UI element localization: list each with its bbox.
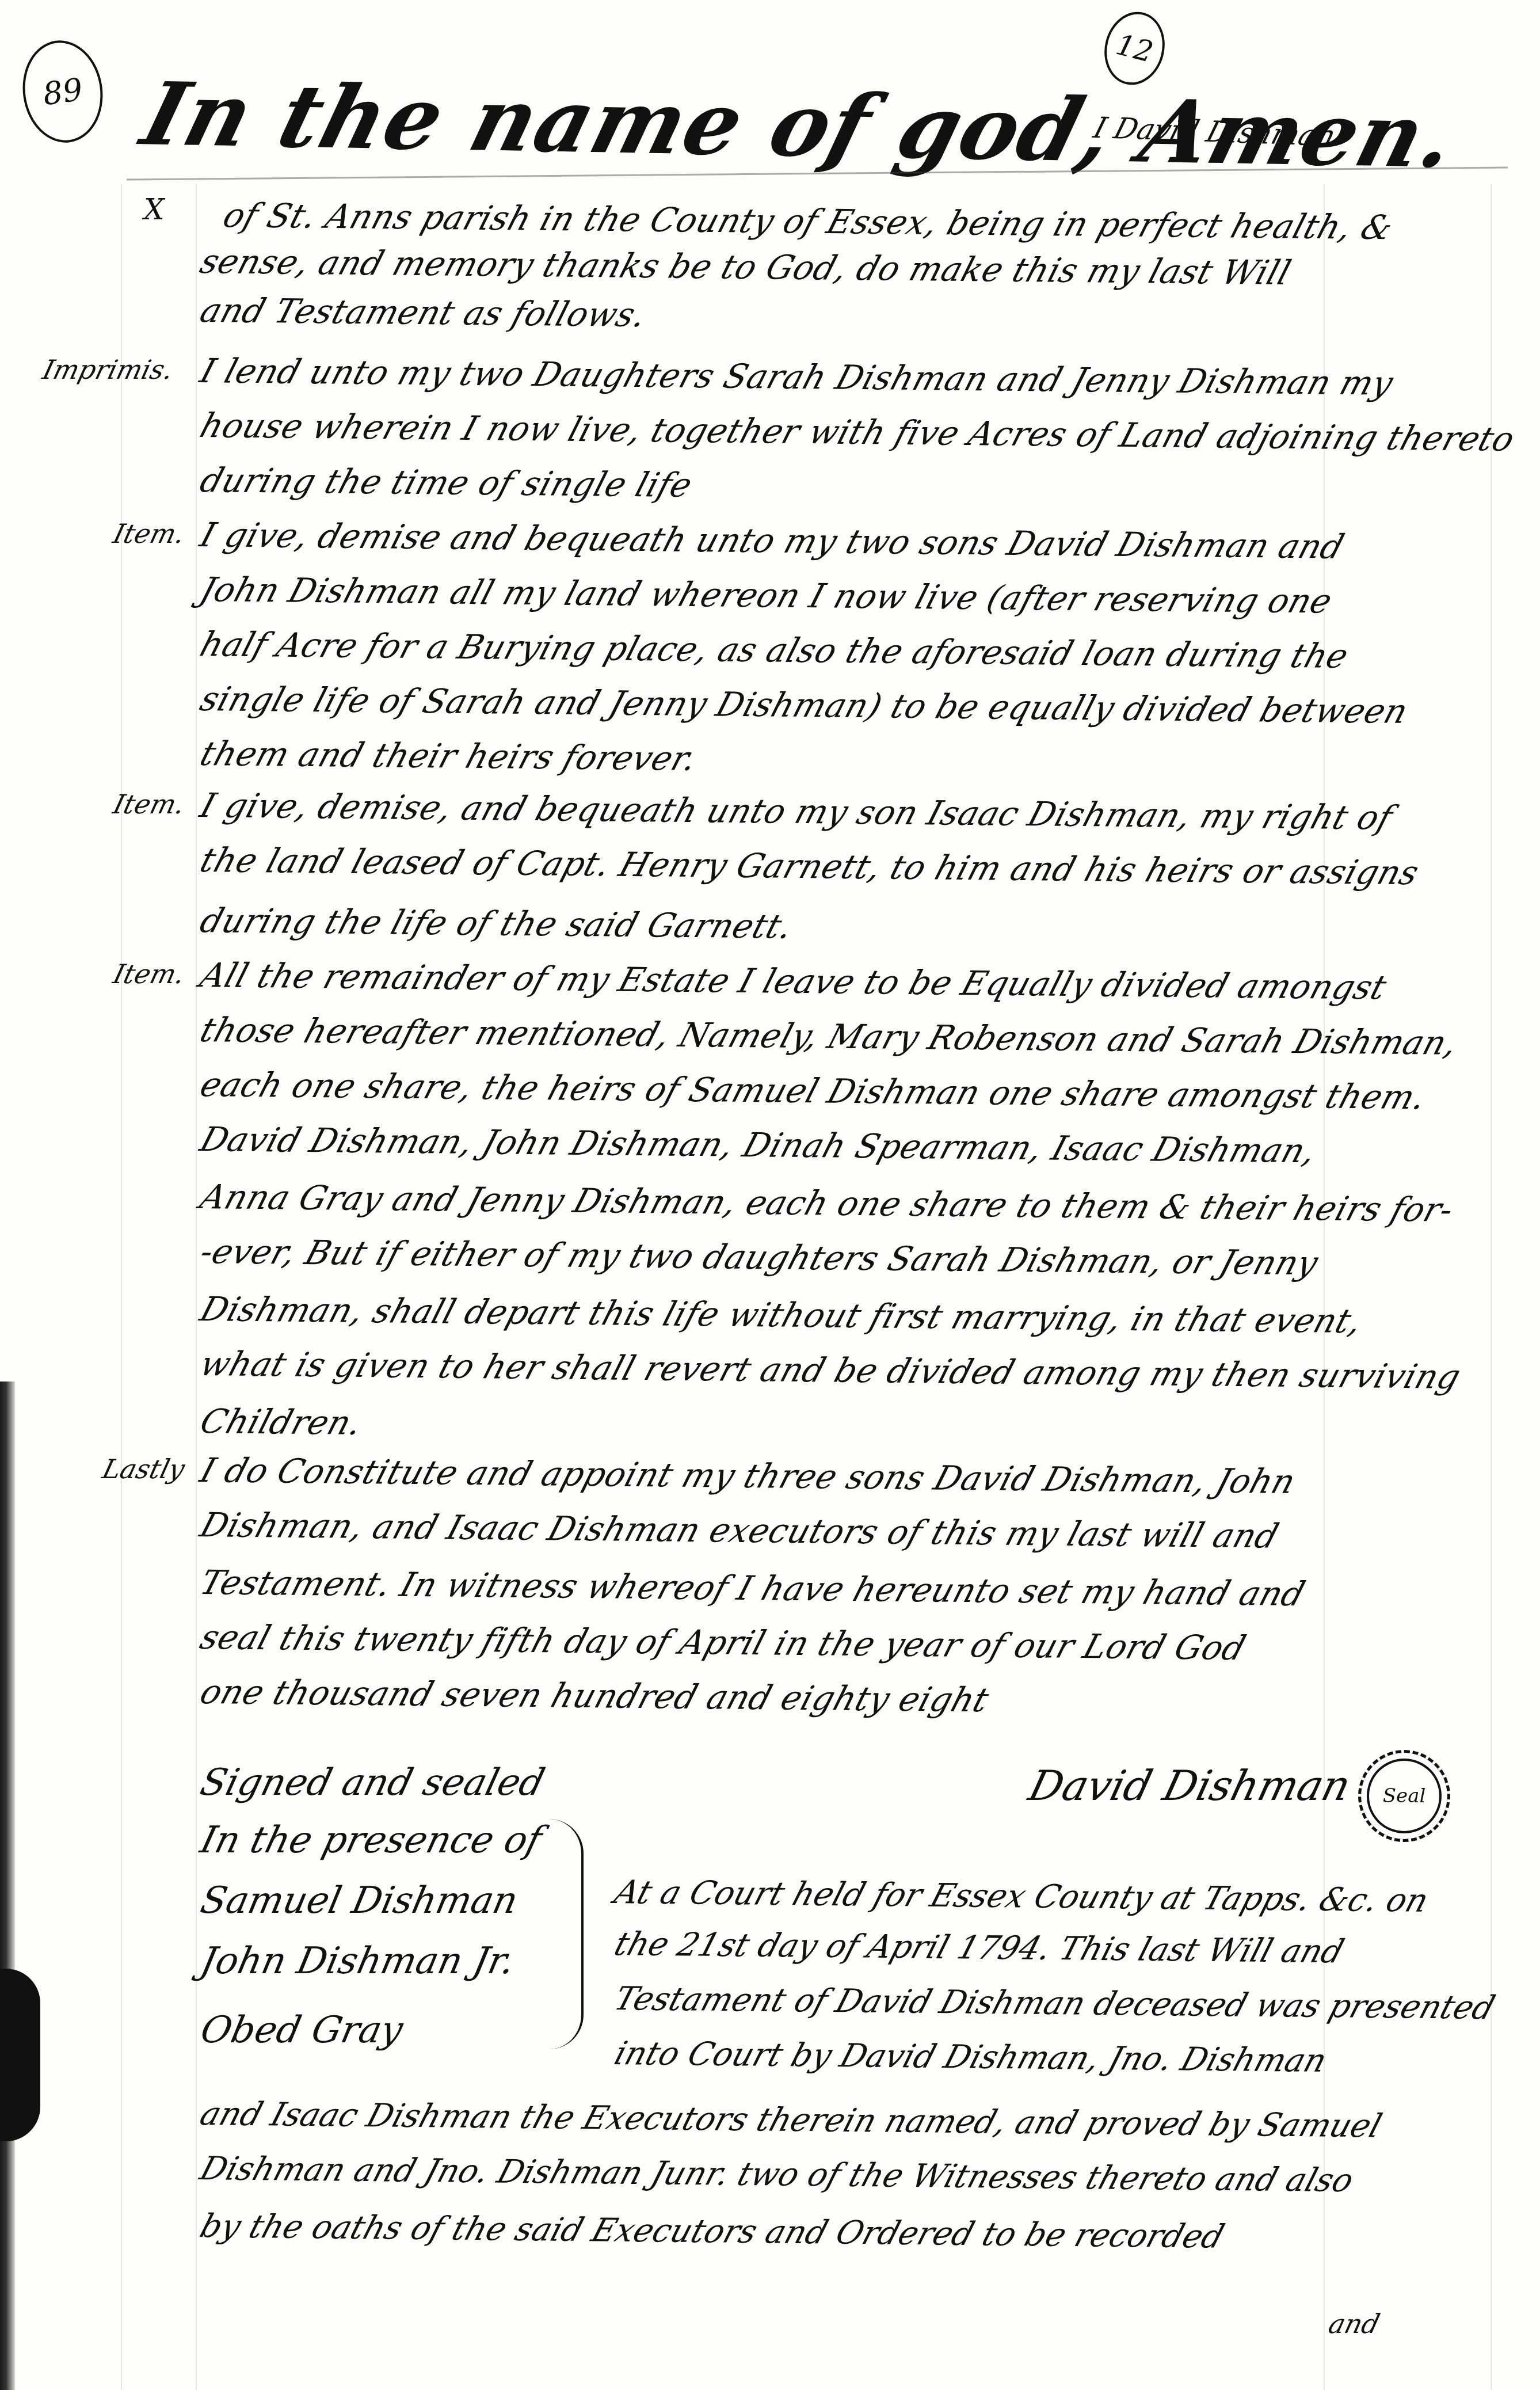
scan-edge-shadow bbox=[0, 1382, 15, 2390]
clause-line: Dishman, shall depart this life without … bbox=[196, 1289, 1367, 1341]
catchword: and bbox=[1325, 2308, 1383, 2339]
clause-label-imprimis: Imprimis. bbox=[19, 354, 176, 385]
preamble-line: of St. Anns parish in the County of Esse… bbox=[219, 196, 1398, 247]
clause-line: those hereafter mentioned, Namely, Mary … bbox=[196, 1010, 1462, 1063]
court-record-line: by the oaths of the said Executors and O… bbox=[196, 2208, 1229, 2256]
seal-icon: Seal bbox=[1358, 1750, 1450, 1842]
witness-name: John Dishman Jr. bbox=[197, 1940, 519, 1982]
clause-line: I give, demise and bequeath unto my two … bbox=[196, 515, 1349, 566]
clause-line: I give, demise, and bequeath unto my son… bbox=[196, 786, 1397, 838]
clause-line: house wherein I now live, together with … bbox=[196, 406, 1519, 459]
clause-line: Dishman, and Isaac Dishman executors of … bbox=[196, 1505, 1283, 1556]
preamble-line: and Testament as follows. bbox=[196, 291, 651, 334]
witness-brace bbox=[547, 1819, 584, 2049]
court-record-line: At a Court held for Essex County at Tapp… bbox=[610, 1874, 1433, 1920]
testator-signature: David Dishman bbox=[1024, 1761, 1356, 1810]
court-record-line: and Isaac Dishman the Executors therein … bbox=[196, 2095, 1386, 2145]
court-record-line: the 21st day of April 1794. This last Wi… bbox=[610, 1925, 1348, 1970]
margin-marker: X bbox=[144, 193, 165, 226]
scan-edge-blot bbox=[0, 1969, 40, 2141]
clause-line: Children. bbox=[196, 1402, 367, 1443]
clause-line: each one share, the heirs of Samuel Dish… bbox=[196, 1065, 1431, 1117]
clause-line: Testament. In witness whereof I have her… bbox=[196, 1563, 1310, 1613]
witness-name: Samuel Dishman bbox=[197, 1879, 521, 1922]
folio-number-right: 12 bbox=[1097, 5, 1172, 91]
clause-line: during the life of the said Garnett. bbox=[196, 901, 798, 946]
court-record-line: Dishman and Jno. Dishman Junr. two of th… bbox=[196, 2150, 1358, 2199]
clause-line: -ever, But if either of my two daughters… bbox=[196, 1232, 1323, 1282]
clause-line: what is given to her shall revert and be… bbox=[196, 1344, 1465, 1396]
preamble-line: sense, and memory thanks be to God, do m… bbox=[196, 242, 1295, 292]
clause-line: All the remainder of my Estate I leave t… bbox=[196, 956, 1392, 1007]
court-record-line: into Court by David Dishman, Jno. Dishma… bbox=[610, 2035, 1331, 2080]
clause-line: one thousand seven hundred and eighty ei… bbox=[196, 1672, 994, 1719]
witness-name: Obed Gray bbox=[197, 2009, 406, 2052]
margin-rule-outer bbox=[1491, 184, 1492, 2390]
attestation-signed: Signed and sealed bbox=[196, 1761, 549, 1804]
clause-line: single life of Sarah and Jenny Dishman) … bbox=[196, 679, 1413, 731]
margin-rule-left bbox=[121, 184, 122, 2390]
clause-label-lastly: Lastly bbox=[31, 1453, 188, 1485]
clause-line: seal this twenty fifth day of April in t… bbox=[196, 1618, 1251, 1668]
clause-line: during the time of single life bbox=[196, 461, 697, 505]
clause-label-item: Item. bbox=[31, 958, 188, 990]
court-record-line: Testament of David Dishman deceased was … bbox=[610, 1980, 1499, 2027]
clause-line: them and their heirs forever. bbox=[196, 734, 702, 778]
clause-label-item: Item. bbox=[31, 518, 188, 549]
clause-line: the land leased of Capt. Henry Garnett, … bbox=[196, 840, 1424, 892]
folio-number-right-text: 12 bbox=[1113, 28, 1157, 69]
clause-line: half Acre for a Burying place, as also t… bbox=[196, 625, 1353, 676]
clause-line: David Dishman, John Dishman, Dinah Spear… bbox=[196, 1120, 1321, 1170]
seal-label: Seal bbox=[1383, 1784, 1426, 1807]
attestation-presence: In the presence of bbox=[196, 1819, 546, 1862]
clause-line: John Dishman all my land whereon I now l… bbox=[196, 570, 1337, 621]
clause-line: I do Constitute and appoint my three son… bbox=[196, 1451, 1300, 1501]
margin-rule-inner bbox=[196, 184, 197, 2390]
clause-label-item: Item. bbox=[31, 789, 188, 820]
folio-number-left: 89 bbox=[16, 35, 109, 147]
folio-number-left-text: 89 bbox=[41, 71, 85, 112]
document-page: 89 12 In the name of god, Amen. I David … bbox=[0, 0, 1540, 2390]
clause-line: Anna Gray and Jenny Dishman, each one sh… bbox=[196, 1177, 1458, 1230]
clause-line: I lend unto my two Daughters Sarah Dishm… bbox=[196, 351, 1398, 403]
